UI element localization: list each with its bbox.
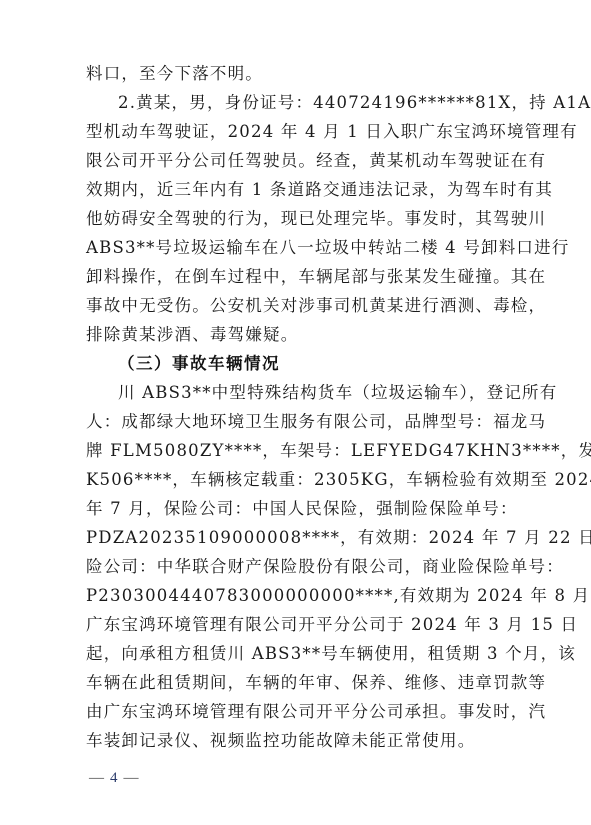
paragraph-line: 人：成都绿大地环境卫生服务有限公司，品牌型号：福龙马 <box>86 412 503 432</box>
paragraph-line: 他妨碍安全驾驶的行为，现已处理完毕。事发时，其驾驶川 <box>86 209 503 229</box>
paragraph-first-line: 2.黄某，男，身份证号：440724196******81X，持 A1A2E <box>118 93 503 113</box>
paragraph-line: 年 7 月，保险公司：中国人民保险，强制险保险单号： <box>86 499 503 519</box>
paragraph-line: 起，向承租方租赁川 ABS3**号车辆使用，租赁期 3 个月，该 <box>86 644 503 664</box>
paragraph-line: 事故中无受伤。公安机关对涉事司机黄某进行酒测、毒检， <box>86 296 503 316</box>
paragraph-line: 由广东宝鸿环境管理有限公司开平分公司承担。事发时，汽 <box>86 702 503 722</box>
footer-dash-left: — <box>89 770 104 786</box>
paragraph-line: 险公司：中华联合财产保险股份有限公司，商业险保险单号： <box>86 557 503 577</box>
paragraph-line: PDZA20235109000008****，有效期：2024 年 7 月 22… <box>86 528 503 548</box>
paragraph-first-line: 川 ABS3**中型特殊结构货车（垃圾运输车），登记所有 <box>118 383 503 403</box>
paragraph-line: P2303004440783000000000****,有效期为 2024 年 … <box>86 586 503 606</box>
paragraph-line: 料口，至今下落不明。 <box>86 64 503 84</box>
paragraph-line: K506****，车辆核定载重：2305KG，车辆检验有效期至 2024 <box>86 470 503 490</box>
document-page: 料口，至今下落不明。2.黄某，男，身份证号：440724196******81X… <box>0 0 591 825</box>
paragraph-line: 型机动车驾驶证，2024 年 4 月 1 日入职广东宝鸿环境管理有 <box>86 122 503 142</box>
paragraph-line: 车装卸记录仪、视频监控功能故障未能正常使用。 <box>86 731 503 751</box>
paragraph-line: 限公司开平分公司任驾驶员。经查，黄某机动车驾驶证在有 <box>86 151 503 171</box>
paragraph-line: 卸料操作，在倒车过程中，车辆尾部与张某发生碰撞。其在 <box>86 267 503 287</box>
paragraph-line: 效期内，近三年内有 1 条道路交通违法记录，为驾车时有其 <box>86 180 503 200</box>
page-number: 4 <box>110 770 118 786</box>
footer-dash-right: — <box>124 770 139 786</box>
paragraph-line: 广东宝鸿环境管理有限公司开平分公司于 2024 年 3 月 15 日 <box>86 615 503 635</box>
paragraph-line: ABS3**号垃圾运输车在八一垃圾中转站二楼 4 号卸料口进行 <box>86 238 503 258</box>
page-footer: —4— <box>89 768 139 788</box>
section-heading: （三）事故车辆情况 <box>118 354 280 374</box>
paragraph-line: 车辆在此租赁期间，车辆的年审、保养、维修、违章罚款等 <box>86 673 503 693</box>
paragraph-line: 排除黄某涉酒、毒驾嫌疑。 <box>86 325 503 345</box>
paragraph-line: 牌 FLM5080ZY****，车架号：LEFYEDG47KHN3****，发动… <box>86 441 503 461</box>
